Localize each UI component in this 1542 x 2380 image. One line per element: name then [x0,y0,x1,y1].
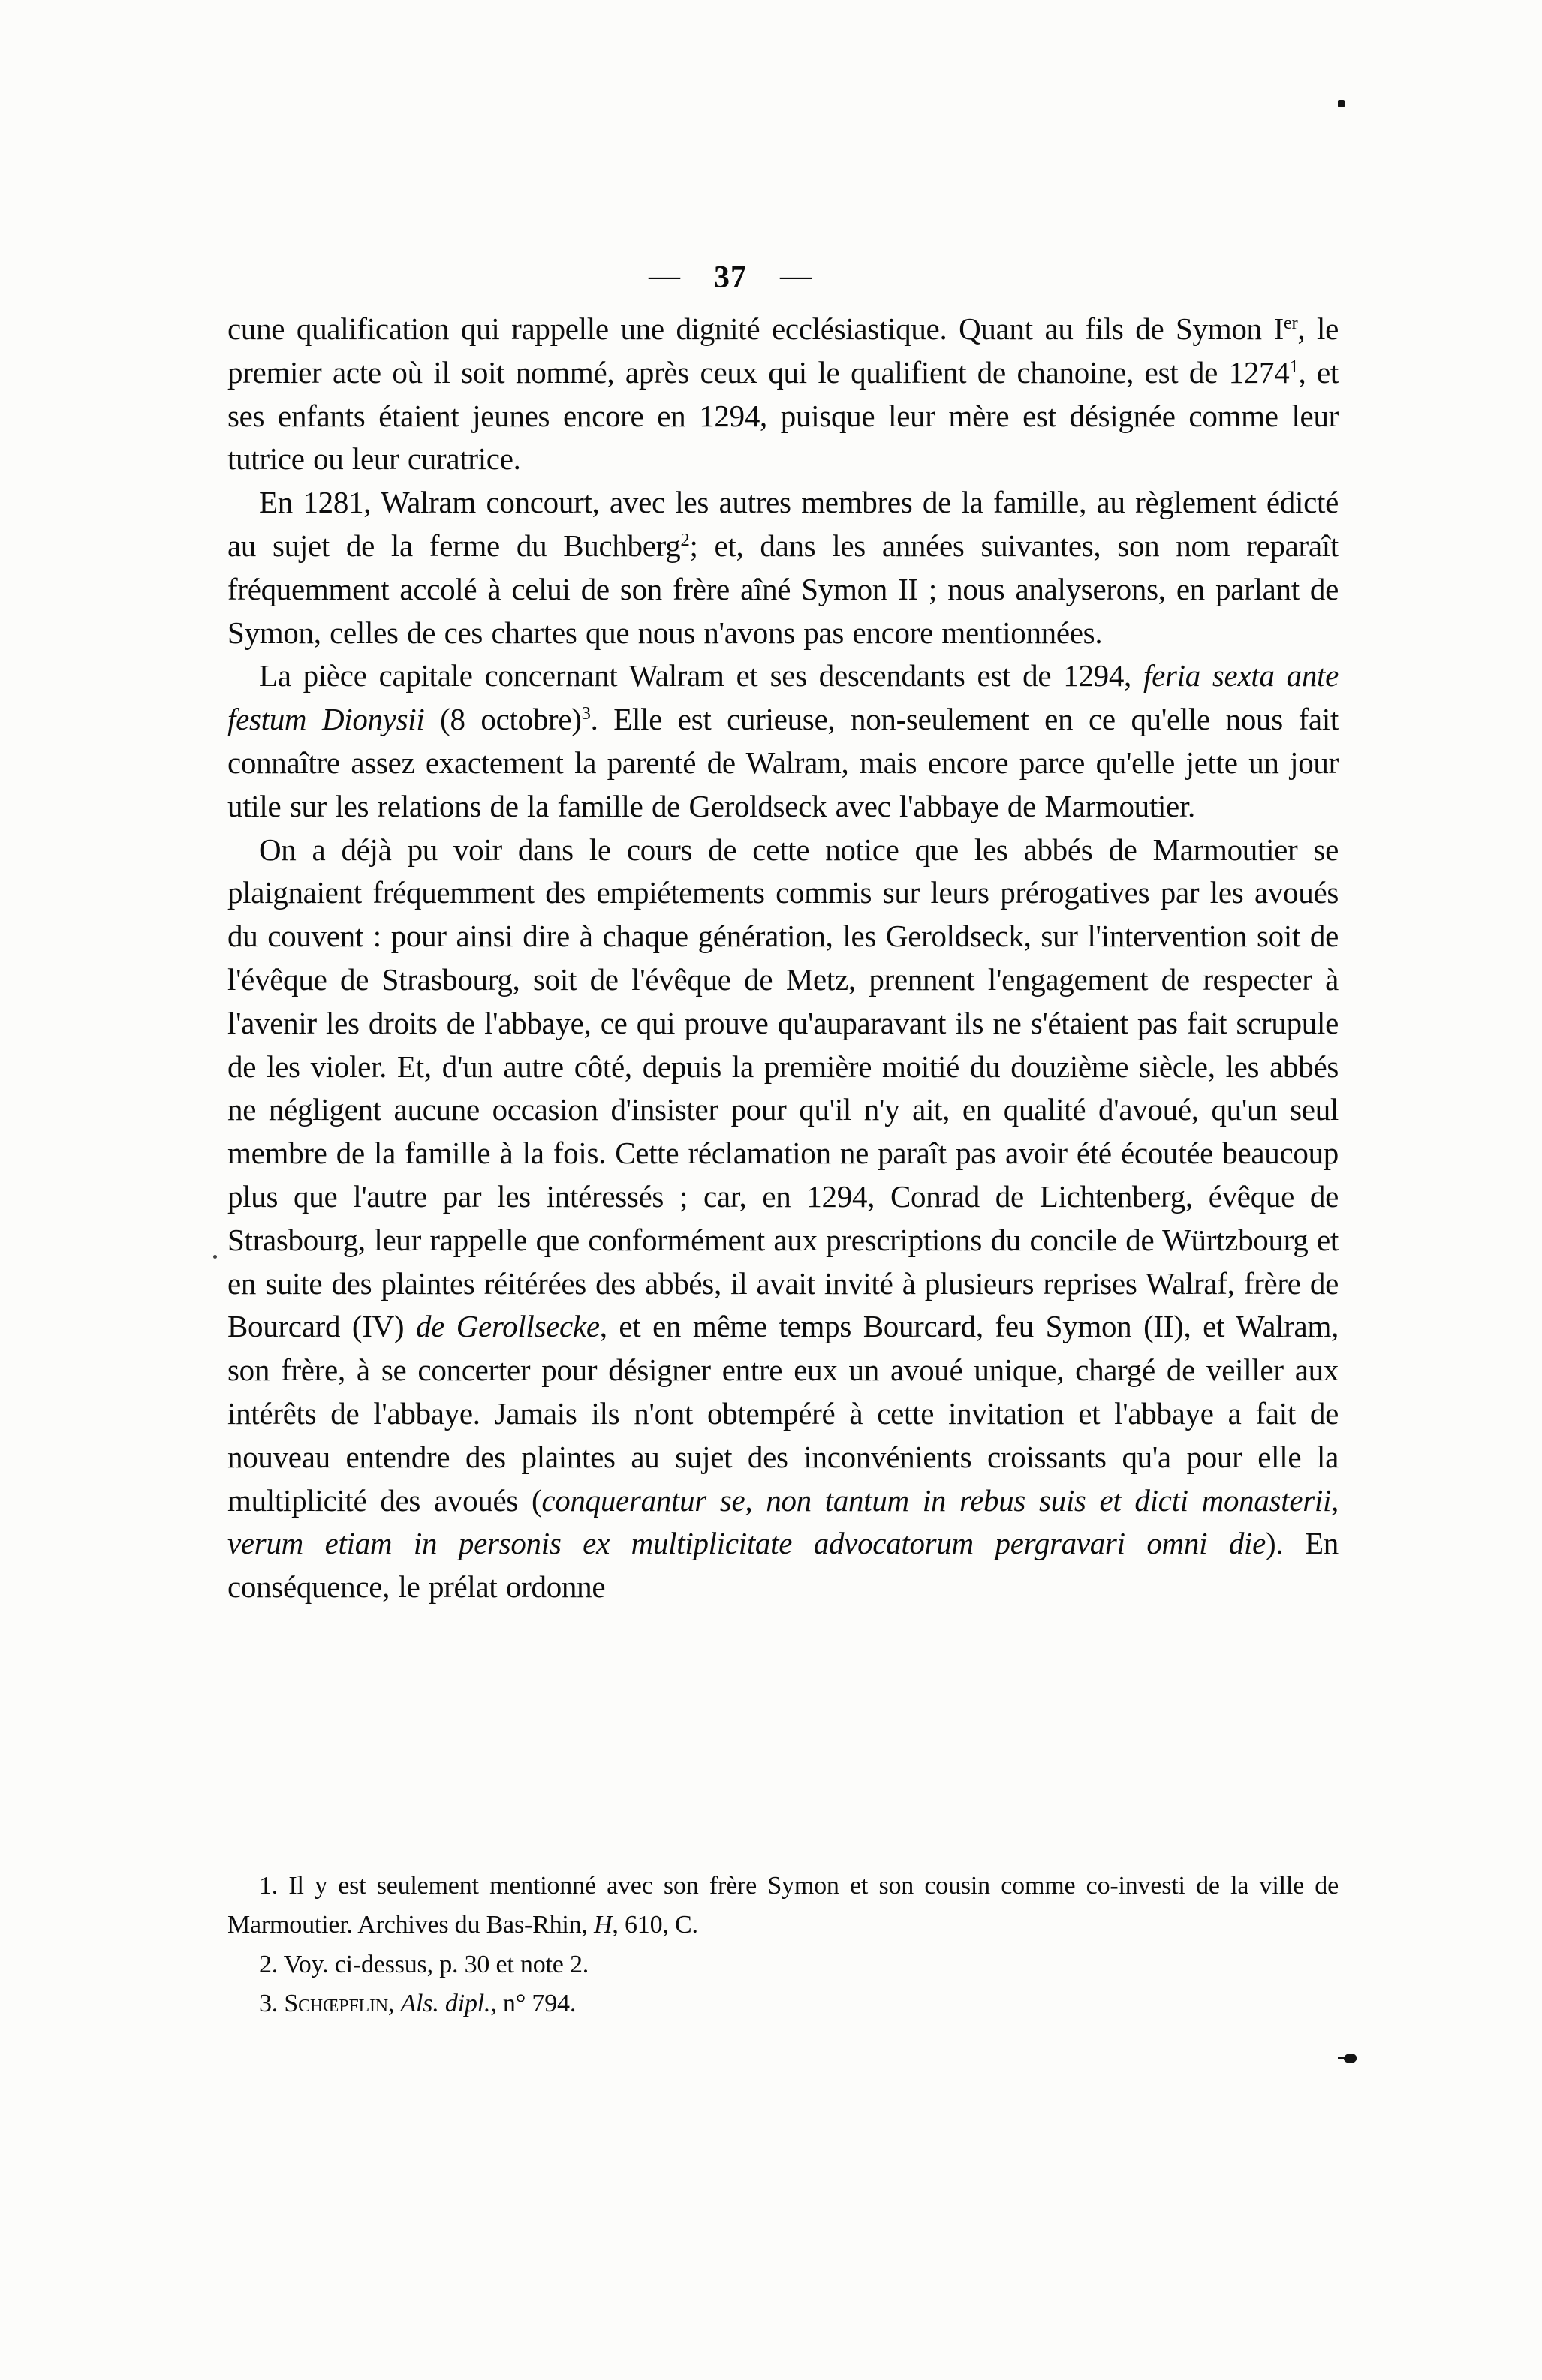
page-header: —37— [171,260,1290,296]
paragraph-3: La pièce capitale concernant Walram et s… [227,654,1339,828]
text-segment: 3. [259,1990,284,2017]
footnote-marker: er [1284,313,1298,333]
footnote-marker-2: 2 [680,530,689,550]
footnote-marker-3: 3 [582,703,591,724]
text-segment: On a déjà pu voir dans le cours de cette… [227,832,1339,1344]
paragraph-1: cune qualification qui rappelle une dign… [227,308,1339,481]
ink-speck [1338,100,1345,107]
paragraph-2: En 1281, Walram concourt, avec les autre… [227,481,1339,654]
text-segment: (8 octobre) [424,702,581,736]
footnote-1: 1. Il y est seulement mentionné avec son… [227,1867,1339,1945]
body-text: cune qualification qui rappelle une dign… [227,308,1339,1609]
page-number: 37 [714,260,747,296]
archive-series-italic: H [594,1911,612,1939]
footnote-marker-1: 1 [1289,357,1298,377]
ink-speck [1344,2054,1357,2063]
text-segment: cune qualification qui rappelle une dign… [227,311,1284,346]
text-segment: , [388,1990,401,2017]
author-smallcaps: Schœpflin [284,1990,387,2017]
footnote-3: 3. Schœpflin, Als. dipl., n° 794. [227,1984,1339,2023]
footnotes: 1. Il y est seulement mentionné avec son… [227,1867,1339,2023]
text-segment: 1. Il y est seulement mentionné avec son… [227,1872,1339,1939]
header-dash-left: — [649,258,681,294]
footnote-2: 2. Voy. ci-dessus, p. 30 et note 2. [227,1945,1339,1984]
work-title-italic: Als. dipl. [400,1990,490,2017]
text-segment: , 610, C. [612,1911,697,1939]
header-dash-right: — [780,258,812,294]
family-name-italic: de Gerollsecke [416,1309,600,1343]
ink-speck [213,1255,217,1259]
text-segment: 2. Voy. ci-dessus, p. 30 et note 2. [259,1951,589,1978]
scanned-book-page: —37— cune qualification qui rappelle une… [0,0,1542,2380]
paragraph-4: On a déjà pu voir dans le cours de cette… [227,829,1339,1609]
text-segment: La pièce capitale concernant Walram et s… [259,658,1143,693]
text-segment: , n° 794. [490,1990,576,2017]
